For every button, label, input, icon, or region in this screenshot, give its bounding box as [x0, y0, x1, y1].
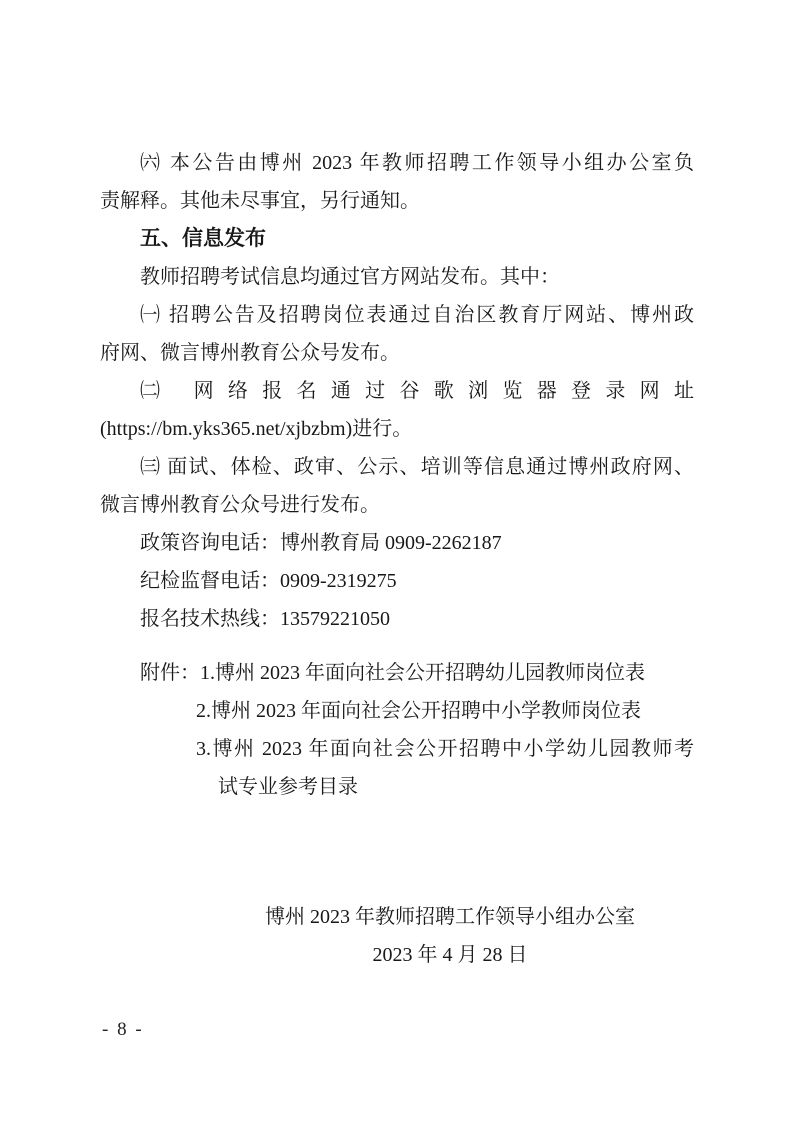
- item-one-line-1: ㈠ 招聘公告及招聘岗位表通过自治区教育厅网站、博州政: [100, 296, 694, 334]
- item-one-line-2: 府网、微言博州教育公众号发布。: [100, 334, 694, 372]
- item-two-line-1: ㈡ 网络报名通过谷歌浏览器登录网址: [100, 372, 694, 410]
- attachment-3-line-2: 试专业参考目录: [100, 768, 694, 806]
- document-page: ㈥ 本公告由博州 2023 年教师招聘工作领导小组办公室负 责解释。其他未尽事宜…: [0, 0, 793, 1122]
- page-number: - 8 -: [102, 1019, 144, 1041]
- clause-six-line-2: 责解释。其他未尽事宜，另行通知。: [100, 182, 694, 220]
- item-three-line-1: ㈢ 面试、体检、政审、公示、培训等信息通过博州政府网、: [100, 448, 694, 486]
- section-heading: 五、信息发布: [100, 220, 694, 258]
- attachment-row-1: 附件：1.博州 2023 年面向社会公开招聘幼儿园教师岗位表: [100, 654, 694, 692]
- issuing-office: 博州 2023 年教师招聘工作领导小组办公室: [255, 898, 645, 936]
- phone-discipline: 纪检监督电话：0909-2319275: [100, 562, 694, 600]
- attachments-block: 附件：1.博州 2023 年面向社会公开招聘幼儿园教师岗位表 2.博州 2023…: [100, 654, 694, 806]
- attachment-1: 1.博州 2023 年面向社会公开招聘幼儿园教师岗位表: [200, 662, 645, 684]
- attachments-label: 附件：: [140, 662, 200, 684]
- attachment-2: 2.博州 2023 年面向社会公开招聘中小学教师岗位表: [100, 692, 694, 730]
- attachment-3-line-1: 3.博州 2023 年面向社会公开招聘中小学幼儿园教师考: [100, 730, 694, 768]
- clause-six-line-1: ㈥ 本公告由博州 2023 年教师招聘工作领导小组办公室负: [100, 144, 694, 182]
- item-two-line-2-url: (https://bm.yks365.net/xjbzbm)进行。: [100, 410, 694, 448]
- phone-tech: 报名技术热线：13579221050: [100, 600, 694, 638]
- intro-line: 教师招聘考试信息均通过官方网站发布。其中：: [100, 258, 694, 296]
- document-body: ㈥ 本公告由博州 2023 年教师招聘工作领导小组办公室负 责解释。其他未尽事宜…: [100, 144, 694, 806]
- signature-block: 博州 2023 年教师招聘工作领导小组办公室 2023 年 4 月 28 日: [255, 898, 645, 974]
- issue-date: 2023 年 4 月 28 日: [255, 936, 645, 974]
- item-three-line-2: 微言博州教育公众号进行发布。: [100, 486, 694, 524]
- phone-policy: 政策咨询电话：博州教育局 0909-2262187: [100, 524, 694, 562]
